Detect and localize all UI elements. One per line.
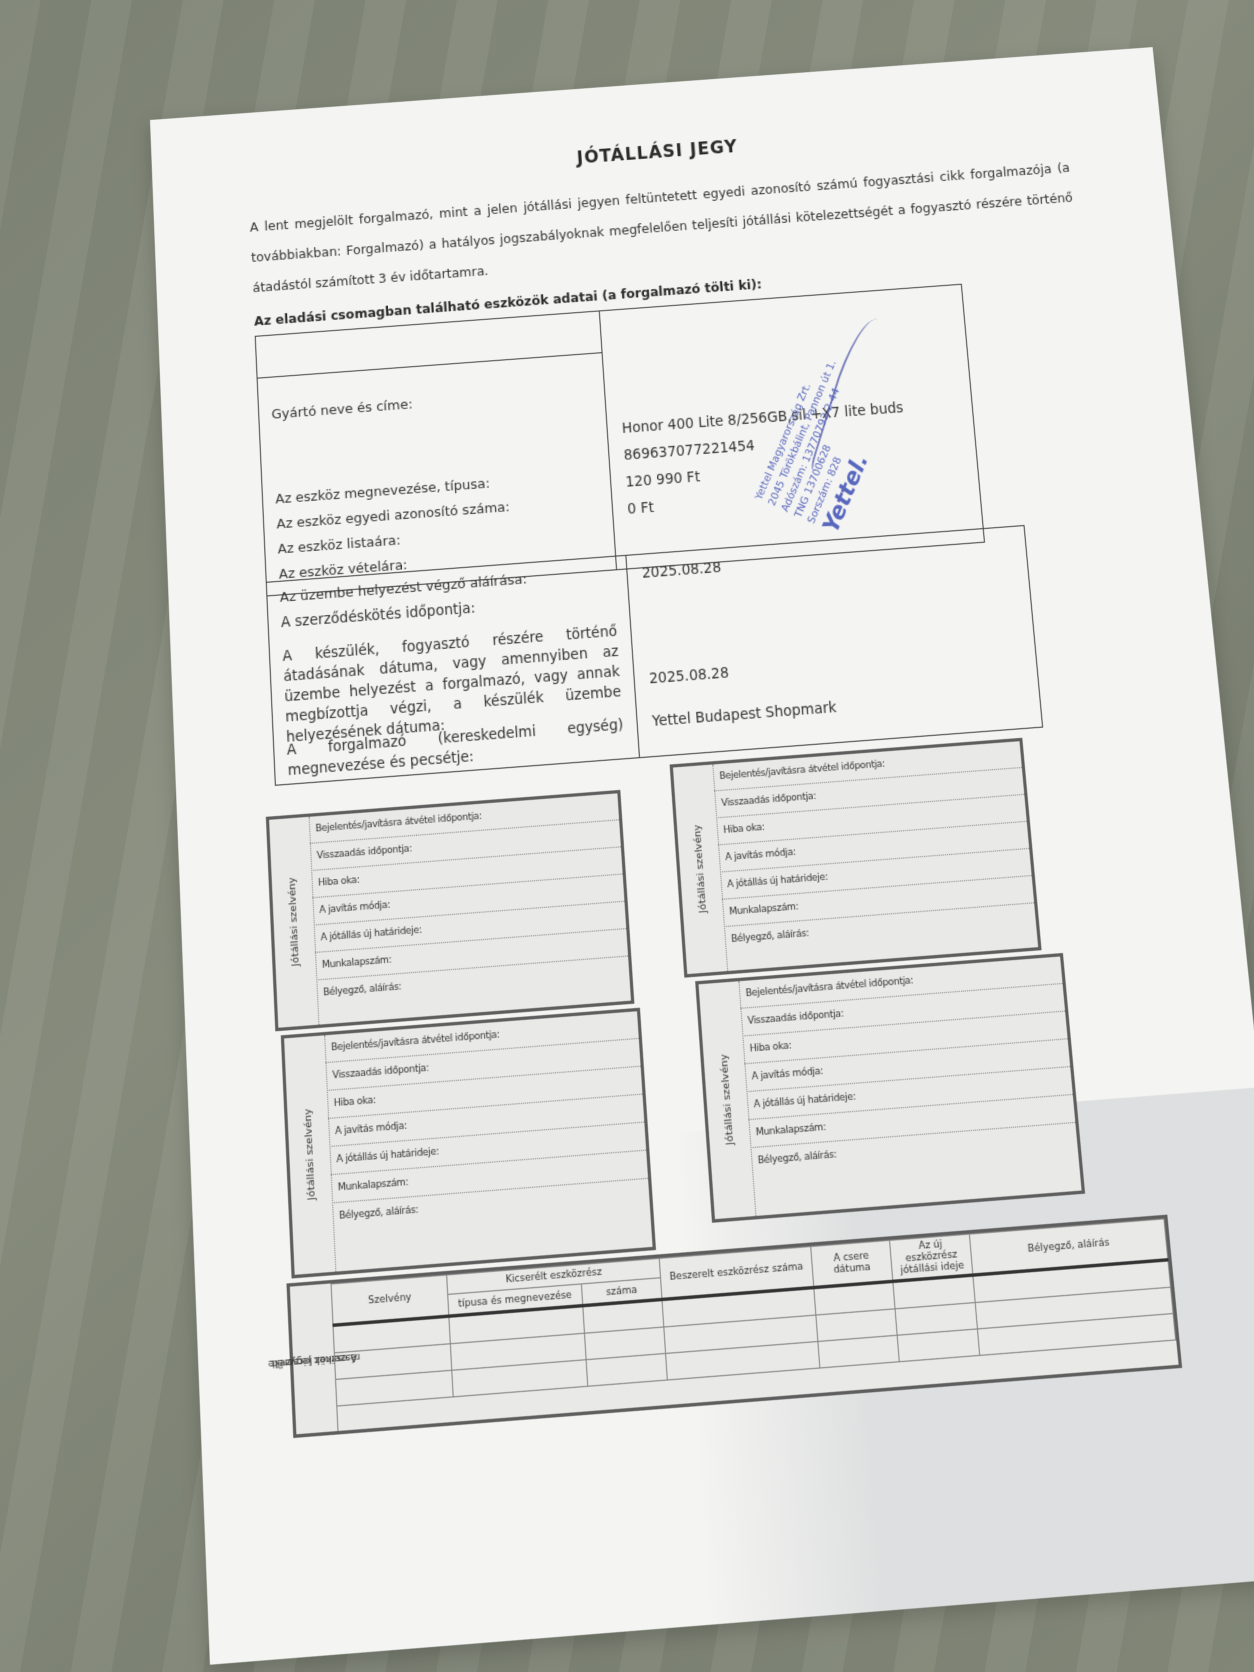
repair-slip-1: Jótállási szelvény Bejelentés/javításra … <box>266 790 635 1031</box>
value-handover-date: 2025.08.28 <box>649 665 730 688</box>
slip-side-label: Jótállási szelvény <box>718 1054 736 1146</box>
log-side-label: A eszköz kicserélt részeinek jegyzéke <box>308 1358 320 1359</box>
col-new-part-warranty: Az új eszközrész jótállási ideje <box>890 1234 973 1281</box>
slip-side-label: Jótállási szelvény <box>286 877 302 967</box>
col-replacement-date: A csere dátuma <box>810 1240 893 1287</box>
value-purchase-price: 0 Ft <box>627 499 655 518</box>
repair-slip-3: Jótállási szelvény Bejelentés/javításra … <box>281 1008 656 1279</box>
value-distributor: Yettel Budapest Shopmark <box>652 699 838 730</box>
value-unique-id: 869637077221454 <box>623 438 755 464</box>
column-divider <box>625 556 640 757</box>
slip-side-label: Jótállási szelvény <box>691 824 709 913</box>
warranty-card-paper: JÓTÁLLÁSI JEGY A lent megjelölt forgalma… <box>150 47 1254 1665</box>
value-contract-date: 2025.08.28 <box>641 559 721 582</box>
repair-slip-4: Jótállási szelvény Bejelentés/javításra … <box>695 953 1085 1223</box>
value-list-price: 120 990 Ft <box>625 469 701 491</box>
repair-slip-2: Jótállási szelvény Bejelentés/javításra … <box>670 738 1042 978</box>
slip-side-label: Jótállási szelvény <box>302 1108 318 1201</box>
